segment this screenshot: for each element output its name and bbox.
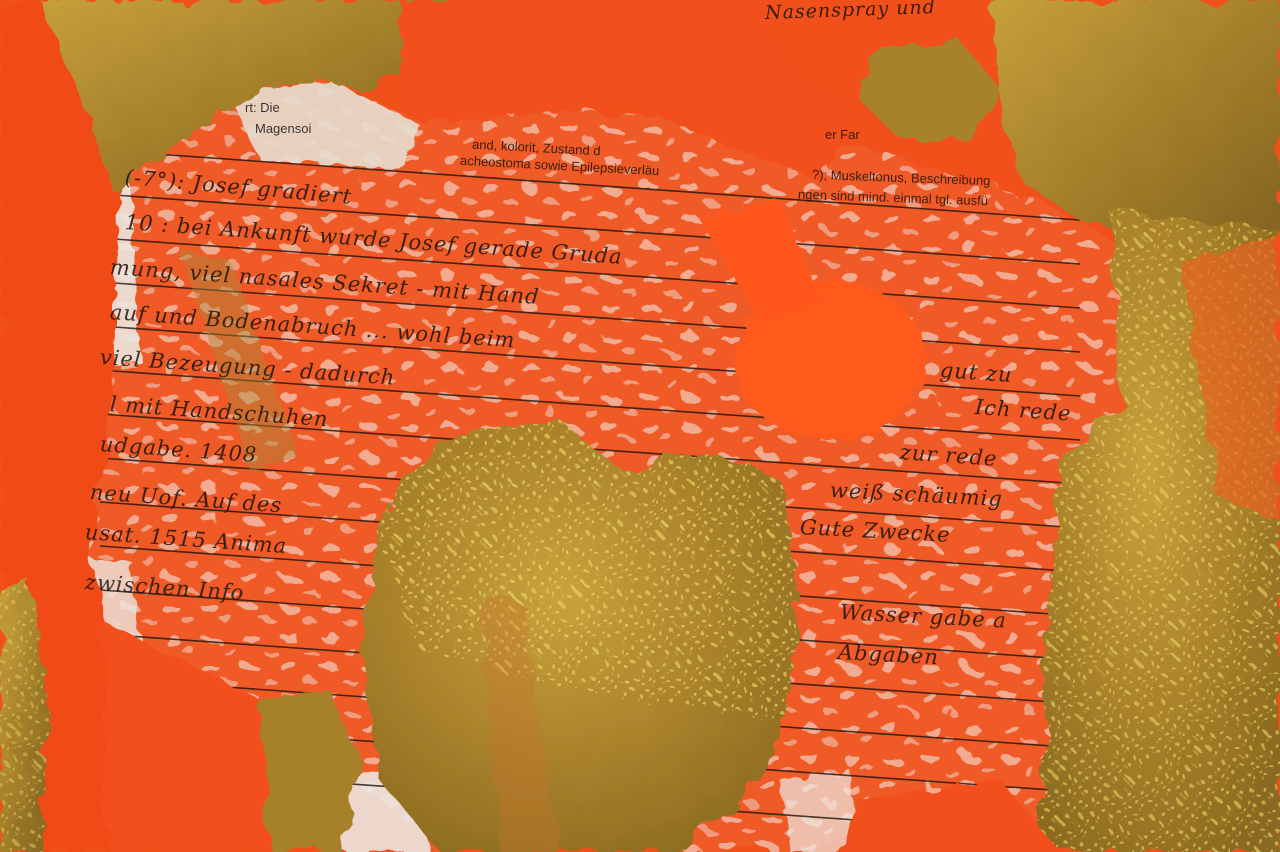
gold-blob-center	[360, 420, 800, 852]
handwritten-text: gut zu	[939, 358, 1013, 387]
printed-text: er Far	[825, 127, 860, 142]
printed-text: Magensoi	[255, 121, 311, 136]
painting-canvas	[0, 0, 1280, 852]
printed-text: rt: Die	[245, 100, 280, 115]
